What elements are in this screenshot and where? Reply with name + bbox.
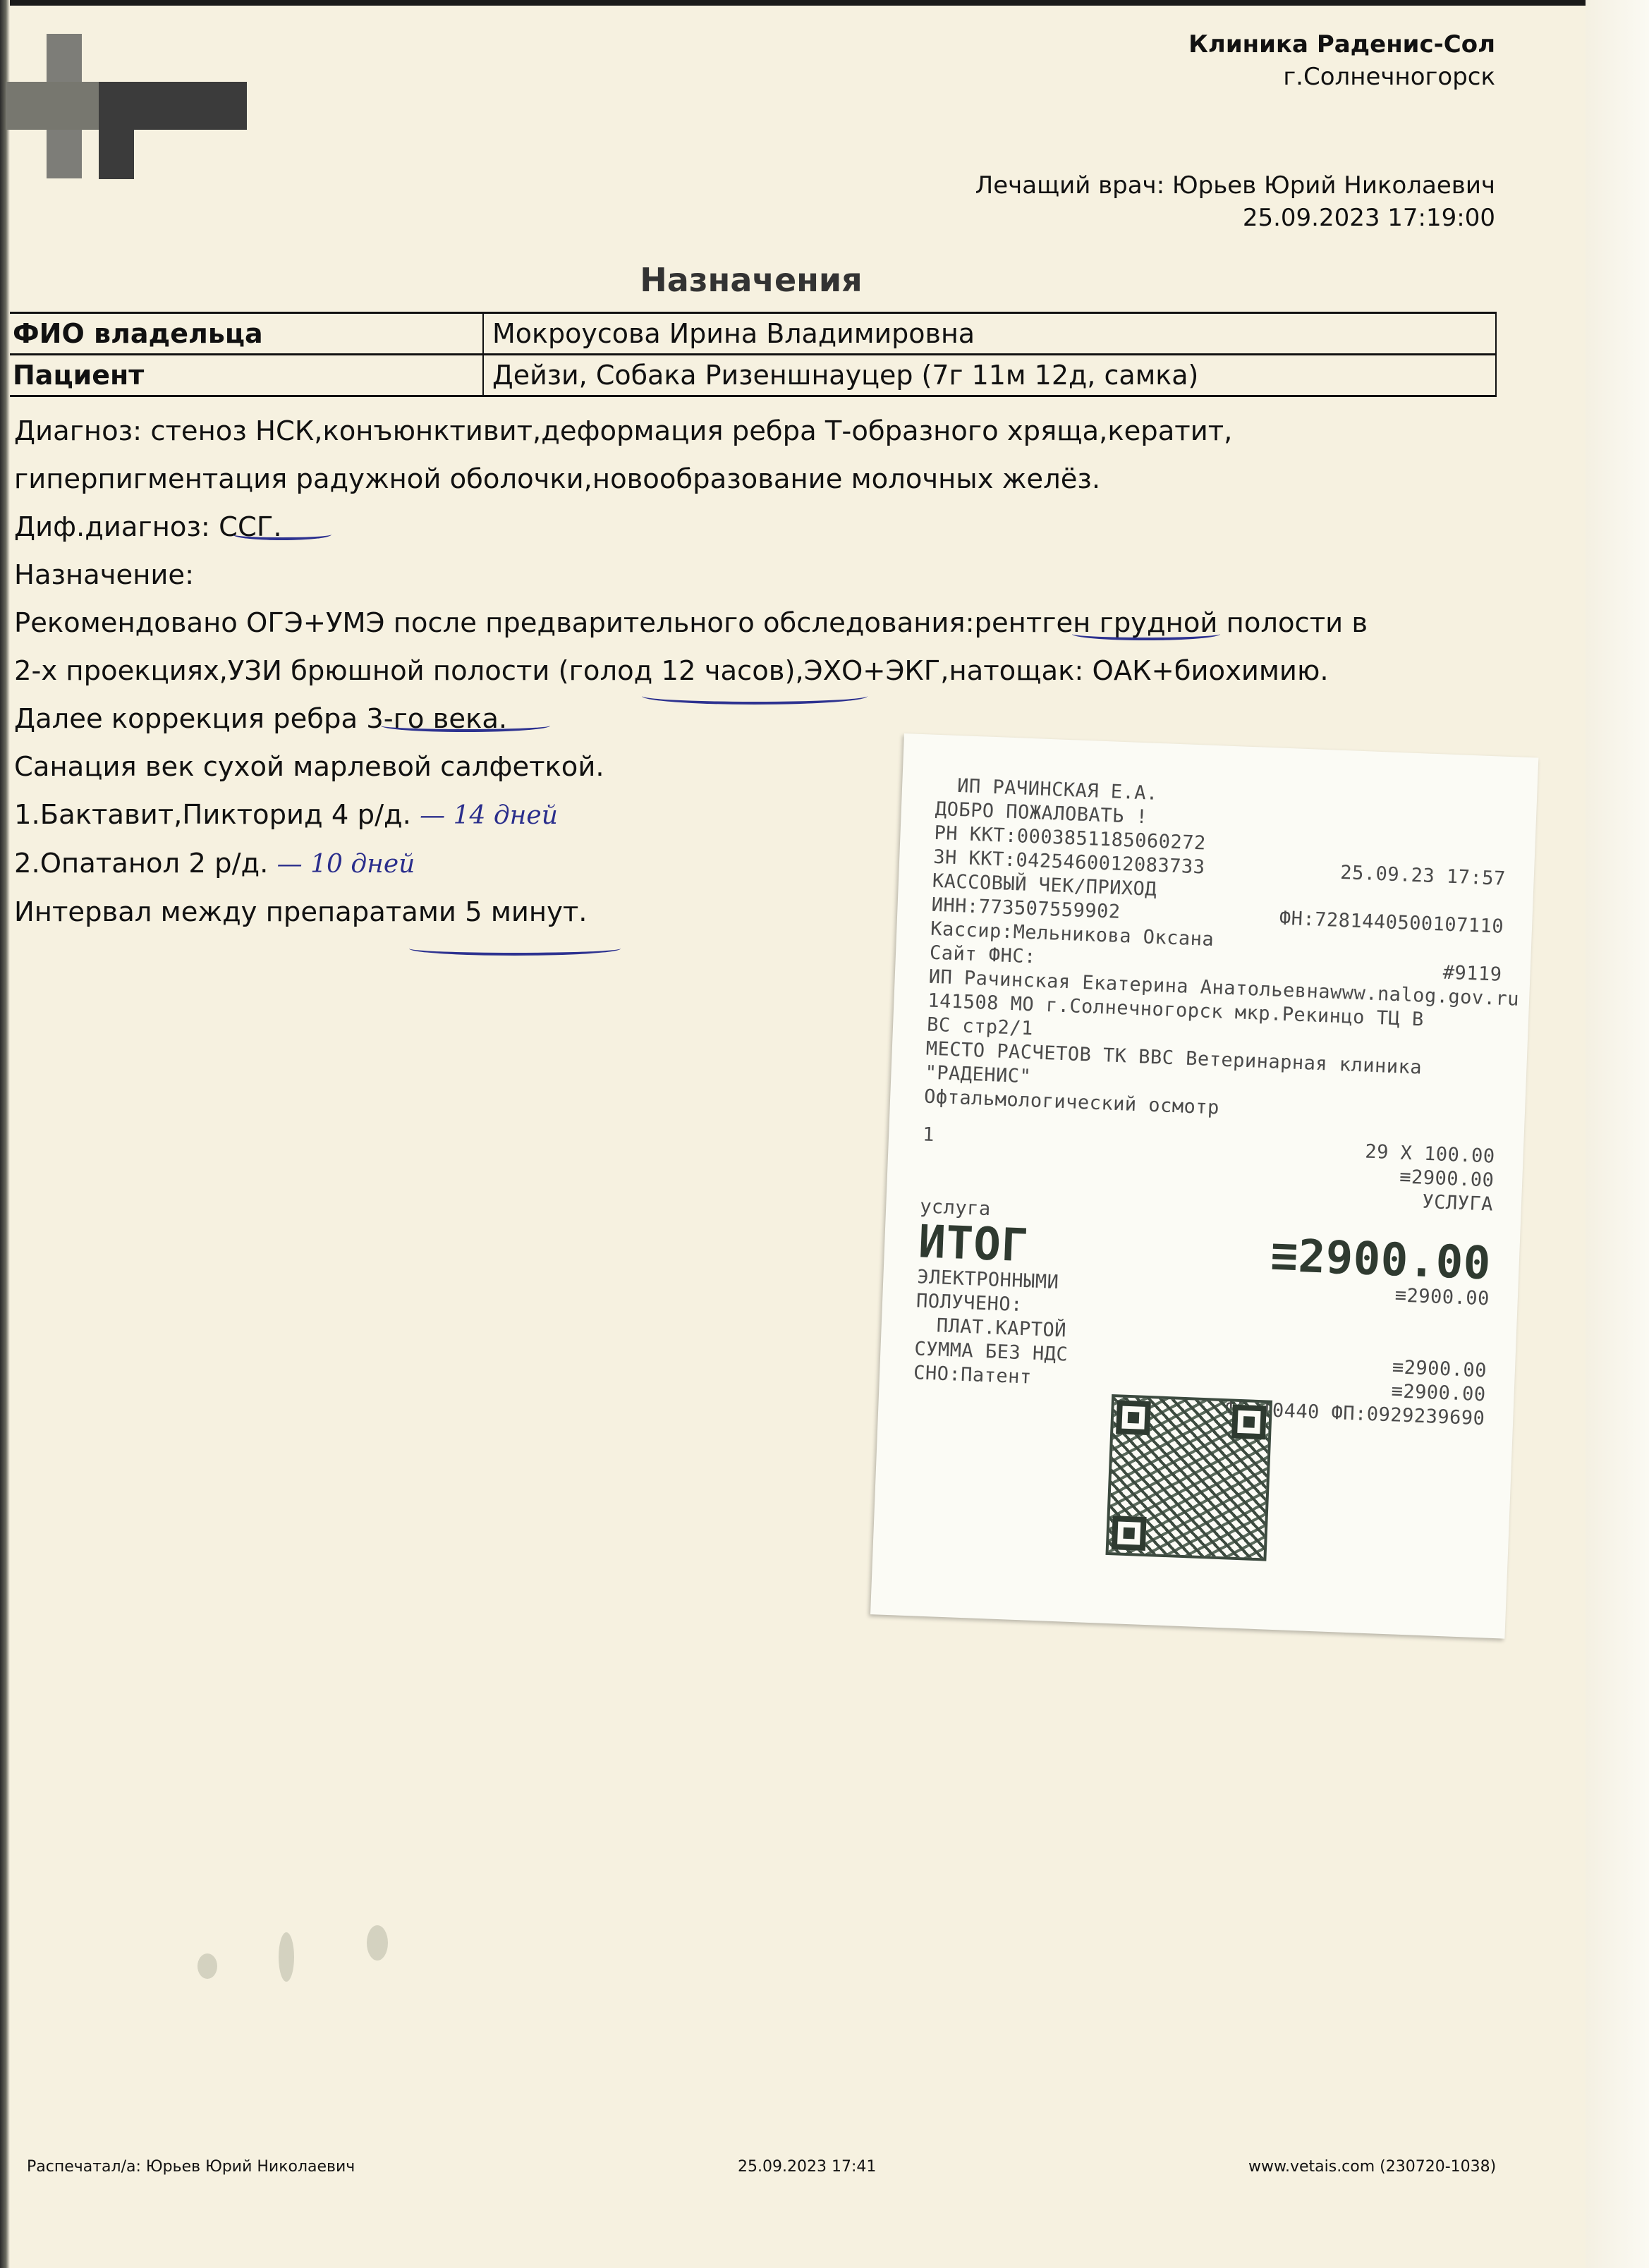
scan-stain	[367, 1925, 388, 1961]
clinic-city: г.Солнечногорск	[1188, 61, 1495, 93]
page-title: Назначения	[0, 261, 1502, 299]
owner-value: Мокроусова Ирина Владимировна	[483, 313, 1496, 355]
receipt-no-vat-value: ≡2900.00	[1392, 1355, 1487, 1383]
patient-value: Дейзи, Собака Ризеншнауцер (7г 11м 12д, …	[483, 355, 1496, 396]
receipt-electronic-value: ≡2900.00	[1394, 1284, 1490, 1311]
diagnosis-line: гиперпигментация радужной оболочки,новоо…	[14, 456, 1509, 504]
receipt-fp: ФП:0929239690	[1331, 1402, 1485, 1429]
receipt-sno-value: ≡2900.00	[1391, 1379, 1486, 1407]
document-datetime: 25.09.2023 17:19:00	[975, 202, 1495, 234]
receipt-sno-label: СНО:Патент	[913, 1361, 1033, 1389]
scan-edge-top	[0, 0, 1649, 6]
pen-underline	[1072, 628, 1220, 640]
medication-text: 1.Бактавит,Пикторид 4 р/д.	[14, 799, 411, 831]
receipt-total-label: ИТОГ	[918, 1219, 1030, 1269]
pen-underline	[233, 529, 331, 540]
doctor-block: Лечащий врач: Юрьев Юрий Николаевич 25.0…	[975, 169, 1495, 234]
patient-label: Пациент	[10, 355, 483, 396]
pen-underline	[409, 941, 621, 956]
table-row: Пациент Дейзи, Собака Ризеншнауцер (7г 1…	[10, 355, 1496, 396]
clinic-logo-icon	[6, 34, 252, 182]
prescription-heading: Назначение:	[14, 551, 1509, 599]
receipt-shift-no: #9119	[1442, 961, 1502, 987]
scan-stain	[197, 1953, 217, 1979]
owner-patient-table: ФИО владельца Мокроусова Ирина Владимиро…	[10, 312, 1497, 397]
receipt-item-no: 1	[923, 1123, 935, 1147]
pen-underline	[381, 719, 550, 732]
medication-text: 2.Опатанол 2 р/д.	[14, 848, 268, 879]
clinic-header: Клиника Раденис-Сол г.Солнечногорск	[1188, 28, 1495, 93]
table-row: ФИО владельца Мокроусова Ирина Владимиро…	[10, 313, 1496, 355]
differential-diagnosis: Диф.диагноз: ССГ.	[14, 504, 1509, 551]
handwritten-duration: — 10 дней	[277, 850, 415, 879]
receipt-fns-label: Сайт ФНС:	[929, 941, 1036, 970]
printed-by: Распечатал/а: Юрьев Юрий Николаевич	[27, 2158, 355, 2176]
pen-underline	[642, 688, 868, 705]
scan-stain	[279, 1932, 294, 1982]
receipt-total-value: ≡2900.00	[1270, 1233, 1492, 1288]
diagnosis-line: Диагноз: стеноз НСК,конъюнктивит,деформа…	[14, 408, 1509, 456]
cash-receipt: ИП РАЧИНСКАЯ Е.А. ДОБРО ПОЖАЛОВАТЬ ! РН …	[870, 733, 1538, 1639]
scan-edge-right	[1586, 0, 1649, 2268]
clinic-name: Клиника Раденис-Сол	[1188, 28, 1495, 61]
receipt-item-qty-price: 29 X 100.00	[1365, 1140, 1495, 1169]
printed-at: 25.09.2023 17:41	[738, 2158, 876, 2176]
attending-doctor: Лечащий врач: Юрьев Юрий Николаевич	[975, 169, 1495, 202]
recommendation-line: Рекомендовано ОГЭ+УМЭ после предваритель…	[14, 599, 1509, 647]
scan-edge-left	[0, 0, 10, 2268]
handwritten-duration: — 14 дней	[420, 801, 558, 830]
owner-label: ФИО владельца	[10, 313, 483, 355]
qr-code-icon	[1105, 1394, 1272, 1561]
software-credit: www.vetais.com (230720-1038)	[1248, 2158, 1496, 2176]
